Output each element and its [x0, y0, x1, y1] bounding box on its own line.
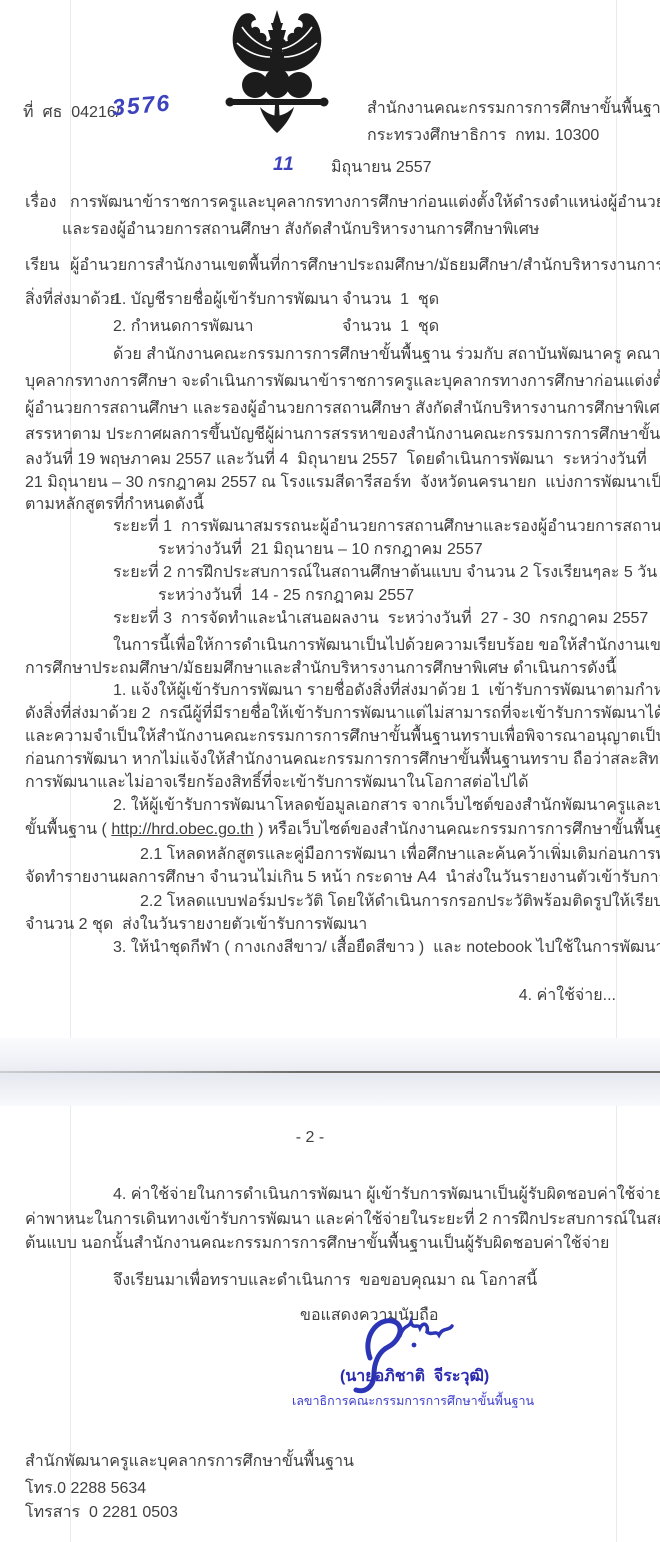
body-line: ตามหลักสูตรที่กำหนดดังนี้: [25, 495, 204, 515]
item-2-1-line: 2.1 โหลดหลักสูตรและคู่มือการพัฒนา เพื่อศ…: [140, 845, 660, 865]
phase-1-dates: ระหว่างวันที่ 21 มิถุนายน – 10 กรกฎาคม 2…: [158, 540, 483, 560]
body-line: ลงวันที่ 19 พฤษภาคม 2557 และวันที่ 4 มิถ…: [25, 450, 647, 470]
item-2-2-line: 2.2 โหลดแบบฟอร์มประวัติ โดยให้ดำเนินการก…: [140, 892, 660, 912]
body-line: ต้นแบบ นอกนั้นสำนักงานคณะกรรมการการศึกษา…: [25, 1234, 609, 1254]
subject-line-2: และรองผู้อำนวยการสถานศึกษา สังกัดสำนักบร…: [62, 220, 539, 240]
handwritten-ref-number: 3576: [111, 92, 172, 117]
phase-2-line: ระยะที่ 2 การฝึกประสบการณ์ในสถานศึกษาต้น…: [113, 563, 657, 583]
ref-number-prefix: ที่ ศธ 04216/: [23, 103, 120, 123]
subject-line-1: การพัฒนาข้าราชการครูและบุคลากรทางการศึกษ…: [70, 193, 660, 213]
scan-artifact-line-right: [616, 0, 617, 1542]
garuda-emblem-graphic: [224, 9, 330, 135]
org-name-line: สำนักงานคณะกรรมการการศึกษาขั้นพื้นฐาน: [367, 99, 660, 119]
item-2-url-line: ขั้นพื้นฐาน ( http://hrd.obec.go.th ) หร…: [25, 820, 660, 840]
item-1-line: การพัฒนาและไม่อาจเรียกร้องสิทธิ์ที่จะเข้…: [25, 773, 529, 793]
item-1-line: ดังสิ่งที่ส่งมาด้วย 2 กรณีผู้ที่มีรายชื่…: [25, 704, 660, 724]
attachment-item-2: 2. กำหนดการพัฒนา: [113, 317, 254, 337]
attachment-qty-2: จำนวน 1 ชุด: [342, 317, 439, 337]
body-line: การศึกษาประถมศึกษา/มัธยมศึกษาและสำนักบริ…: [25, 659, 616, 679]
hrd-obec-url: http://hrd.obec.go.th: [111, 821, 253, 838]
body-line: ด้วย สำนักงานคณะกรรมการการศึกษาขั้นพื้นฐ…: [113, 345, 660, 365]
subject-label: เรื่อง: [25, 193, 56, 213]
item-2-line: 2. ให้ผู้เข้ารับการพัฒนาโหลดข้อมูลเอกสาร…: [113, 796, 660, 816]
phase-2-dates: ระหว่างวันที่ 14 - 25 กรกฎาคม 2557: [158, 586, 414, 606]
signer-name: (นายอภิชาติ จีระวุฒิ): [340, 1367, 489, 1387]
signer-title: เลขาธิการคณะกรรมการการศึกษาขั้นพื้นฐาน: [292, 1391, 534, 1411]
item-2-url-prefix: ขั้นพื้นฐาน (: [25, 821, 111, 838]
phase-3-line: ระยะที่ 3 การจัดทำและนำเสนอผลงาน ระหว่าง…: [113, 609, 648, 629]
item-1-line: และความจำเป็นให้สำนักงานคณะกรรมการการศึก…: [25, 727, 660, 747]
body-line: สรรหาตาม ประกาศผลการขึ้นบัญชีผู้ผ่านการส…: [25, 425, 660, 445]
body-line: 21 มิถุนายน – 30 กรกฎาคม 2557 ณ โรงแรมสี…: [25, 473, 660, 493]
body-line: บุคลากรทางการศึกษา จะดำเนินการพัฒนาข้ารา…: [25, 372, 660, 392]
footer-office-name: สำนักพัฒนาครูและบุคลากรการศึกษาขั้นพื้นฐ…: [25, 1452, 354, 1472]
body-line: ในการนี้เพื่อให้การดำเนินการพัฒนาเป็นไปด…: [113, 636, 660, 656]
page-2-number: - 2 -: [0, 1128, 620, 1148]
item-3-line: 3. ให้นำชุดกีฬา ( กางเกงสีขาว/ เสื้อยืดส…: [113, 938, 660, 958]
date-month-year: มิถุนายน 2557: [331, 158, 432, 178]
org-address-line: กระทรวงศึกษาธิการ กทม. 10300: [367, 126, 599, 146]
attachments-label: สิ่งที่ส่งมาด้วย: [25, 290, 119, 310]
continuation-marker: 4. ค่าใช้จ่าย...: [519, 986, 616, 1006]
item-2-2-line: จำนวน 2 ชุด ส่งในวันรายงายตัวเข้ารับการพ…: [25, 915, 367, 935]
handwritten-date-day: 11: [273, 155, 295, 175]
to-label: เรียน: [25, 256, 59, 276]
phase-1-line: ระยะที่ 1 การพัฒนาสมรรถนะผู้อำนวยการสถาน…: [113, 517, 660, 537]
closing-line: จึงเรียนมาเพื่อทราบและดำเนินการ ขอขอบคุณ…: [113, 1271, 537, 1291]
item-1-line: ก่อนการพัฒนา หากไม่แจ้งให้สำนักงานคณะกรร…: [25, 750, 660, 770]
page-edge-line: [0, 1071, 660, 1073]
to-text: ผู้อำนวยการสำนักงานเขตพื้นที่การศึกษาประ…: [70, 256, 660, 276]
footer-fax: โทรสาร 0 2281 0503: [25, 1503, 178, 1523]
garuda-emblem: [224, 9, 330, 135]
item-2-url-suffix: ) หรือเว็บไซต์ของสำนักงานคณะกรรมการการศึ…: [254, 821, 660, 838]
item-2-1-line: จัดทำรายงานผลการศึกษา จำนวนไม่เกิน 5 หน้…: [25, 868, 660, 888]
attachment-qty-1: จำนวน 1 ชุด: [342, 290, 439, 310]
attachment-item-1: 1. บัญชีรายชื่อผู้เข้ารับการพัฒนา: [113, 290, 339, 310]
body-line: ผู้อำนวยการสถานศึกษา และรองผู้อำนวยการสถ…: [25, 399, 660, 419]
body-line: 4. ค่าใช้จ่ายในการดำเนินการพัฒนา ผู้เข้า…: [113, 1185, 660, 1205]
scanned-official-letter: ที่ ศธ 04216/ 3576 สำนักงานคณะกรรมการการ…: [0, 0, 660, 1542]
body-line: ค่าพาหนะในการเดินทางเข้ารับการพัฒนา และค…: [25, 1210, 660, 1230]
footer-phone: โทร.0 2288 5634: [25, 1479, 146, 1499]
item-1-line: 1. แจ้งให้ผู้เข้ารับการพัฒนา รายชื่อดังส…: [113, 681, 660, 701]
